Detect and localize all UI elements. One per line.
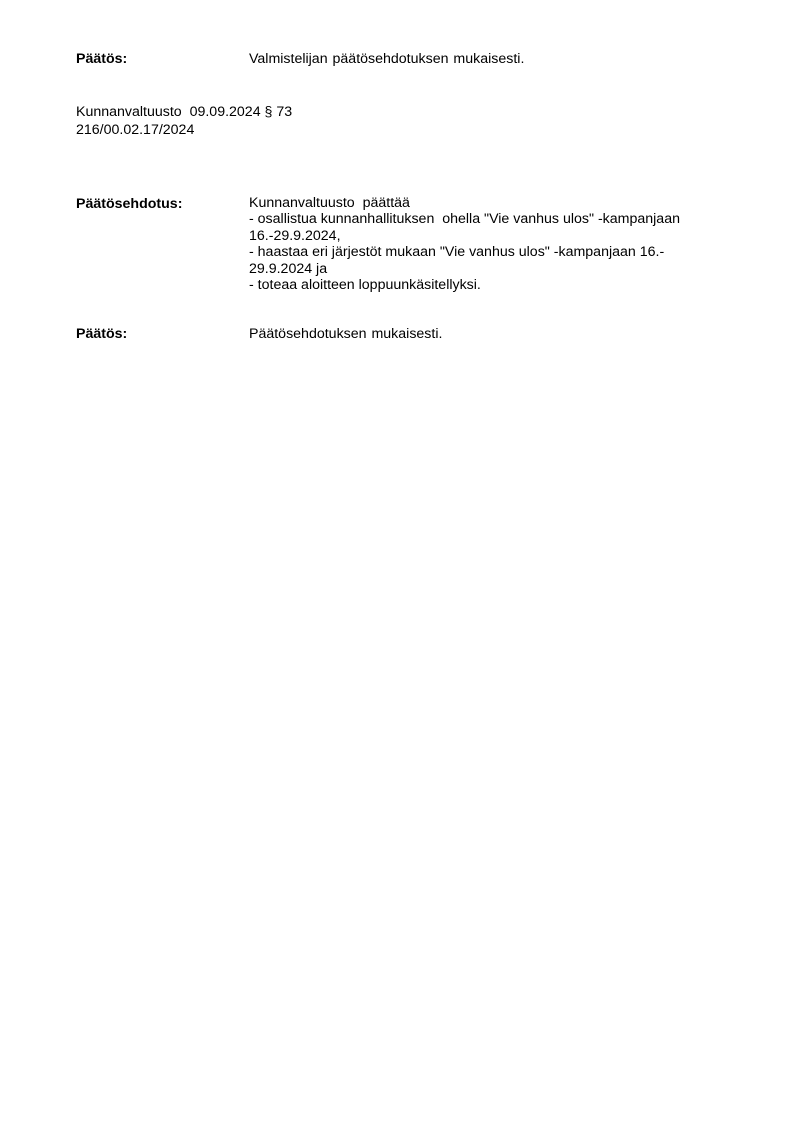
meeting-header: Kunnanvaltuusto 09.09.2024 § 73 bbox=[76, 104, 292, 120]
previous-decision-label: Päätös: bbox=[76, 51, 127, 67]
proposal-line: 29.9.2024 ja bbox=[249, 261, 680, 277]
decision-label: Päätös: bbox=[76, 326, 127, 342]
proposal-line: - toteaa aloitteen loppuunkäsitellyksi. bbox=[249, 277, 680, 293]
record-id: 216/00.02.17/2024 bbox=[76, 122, 194, 138]
proposal-line: - haastaa eri järjestöt mukaan "Vie vanh… bbox=[249, 244, 680, 260]
proposal-label: Päätösehdotus: bbox=[76, 196, 182, 212]
previous-decision-text: Valmistelijan päätösehdotuksen mukaisest… bbox=[249, 51, 524, 67]
proposal-text: Kunnanvaltuusto päättää - osallistua kun… bbox=[249, 195, 680, 293]
proposal-line: Kunnanvaltuusto päättää bbox=[249, 195, 680, 211]
proposal-line: 16.-29.9.2024, bbox=[249, 228, 680, 244]
decision-text: Päätösehdotuksen mukaisesti. bbox=[249, 326, 442, 342]
proposal-line: - osallistua kunnanhallituksen ohella "V… bbox=[249, 211, 680, 227]
